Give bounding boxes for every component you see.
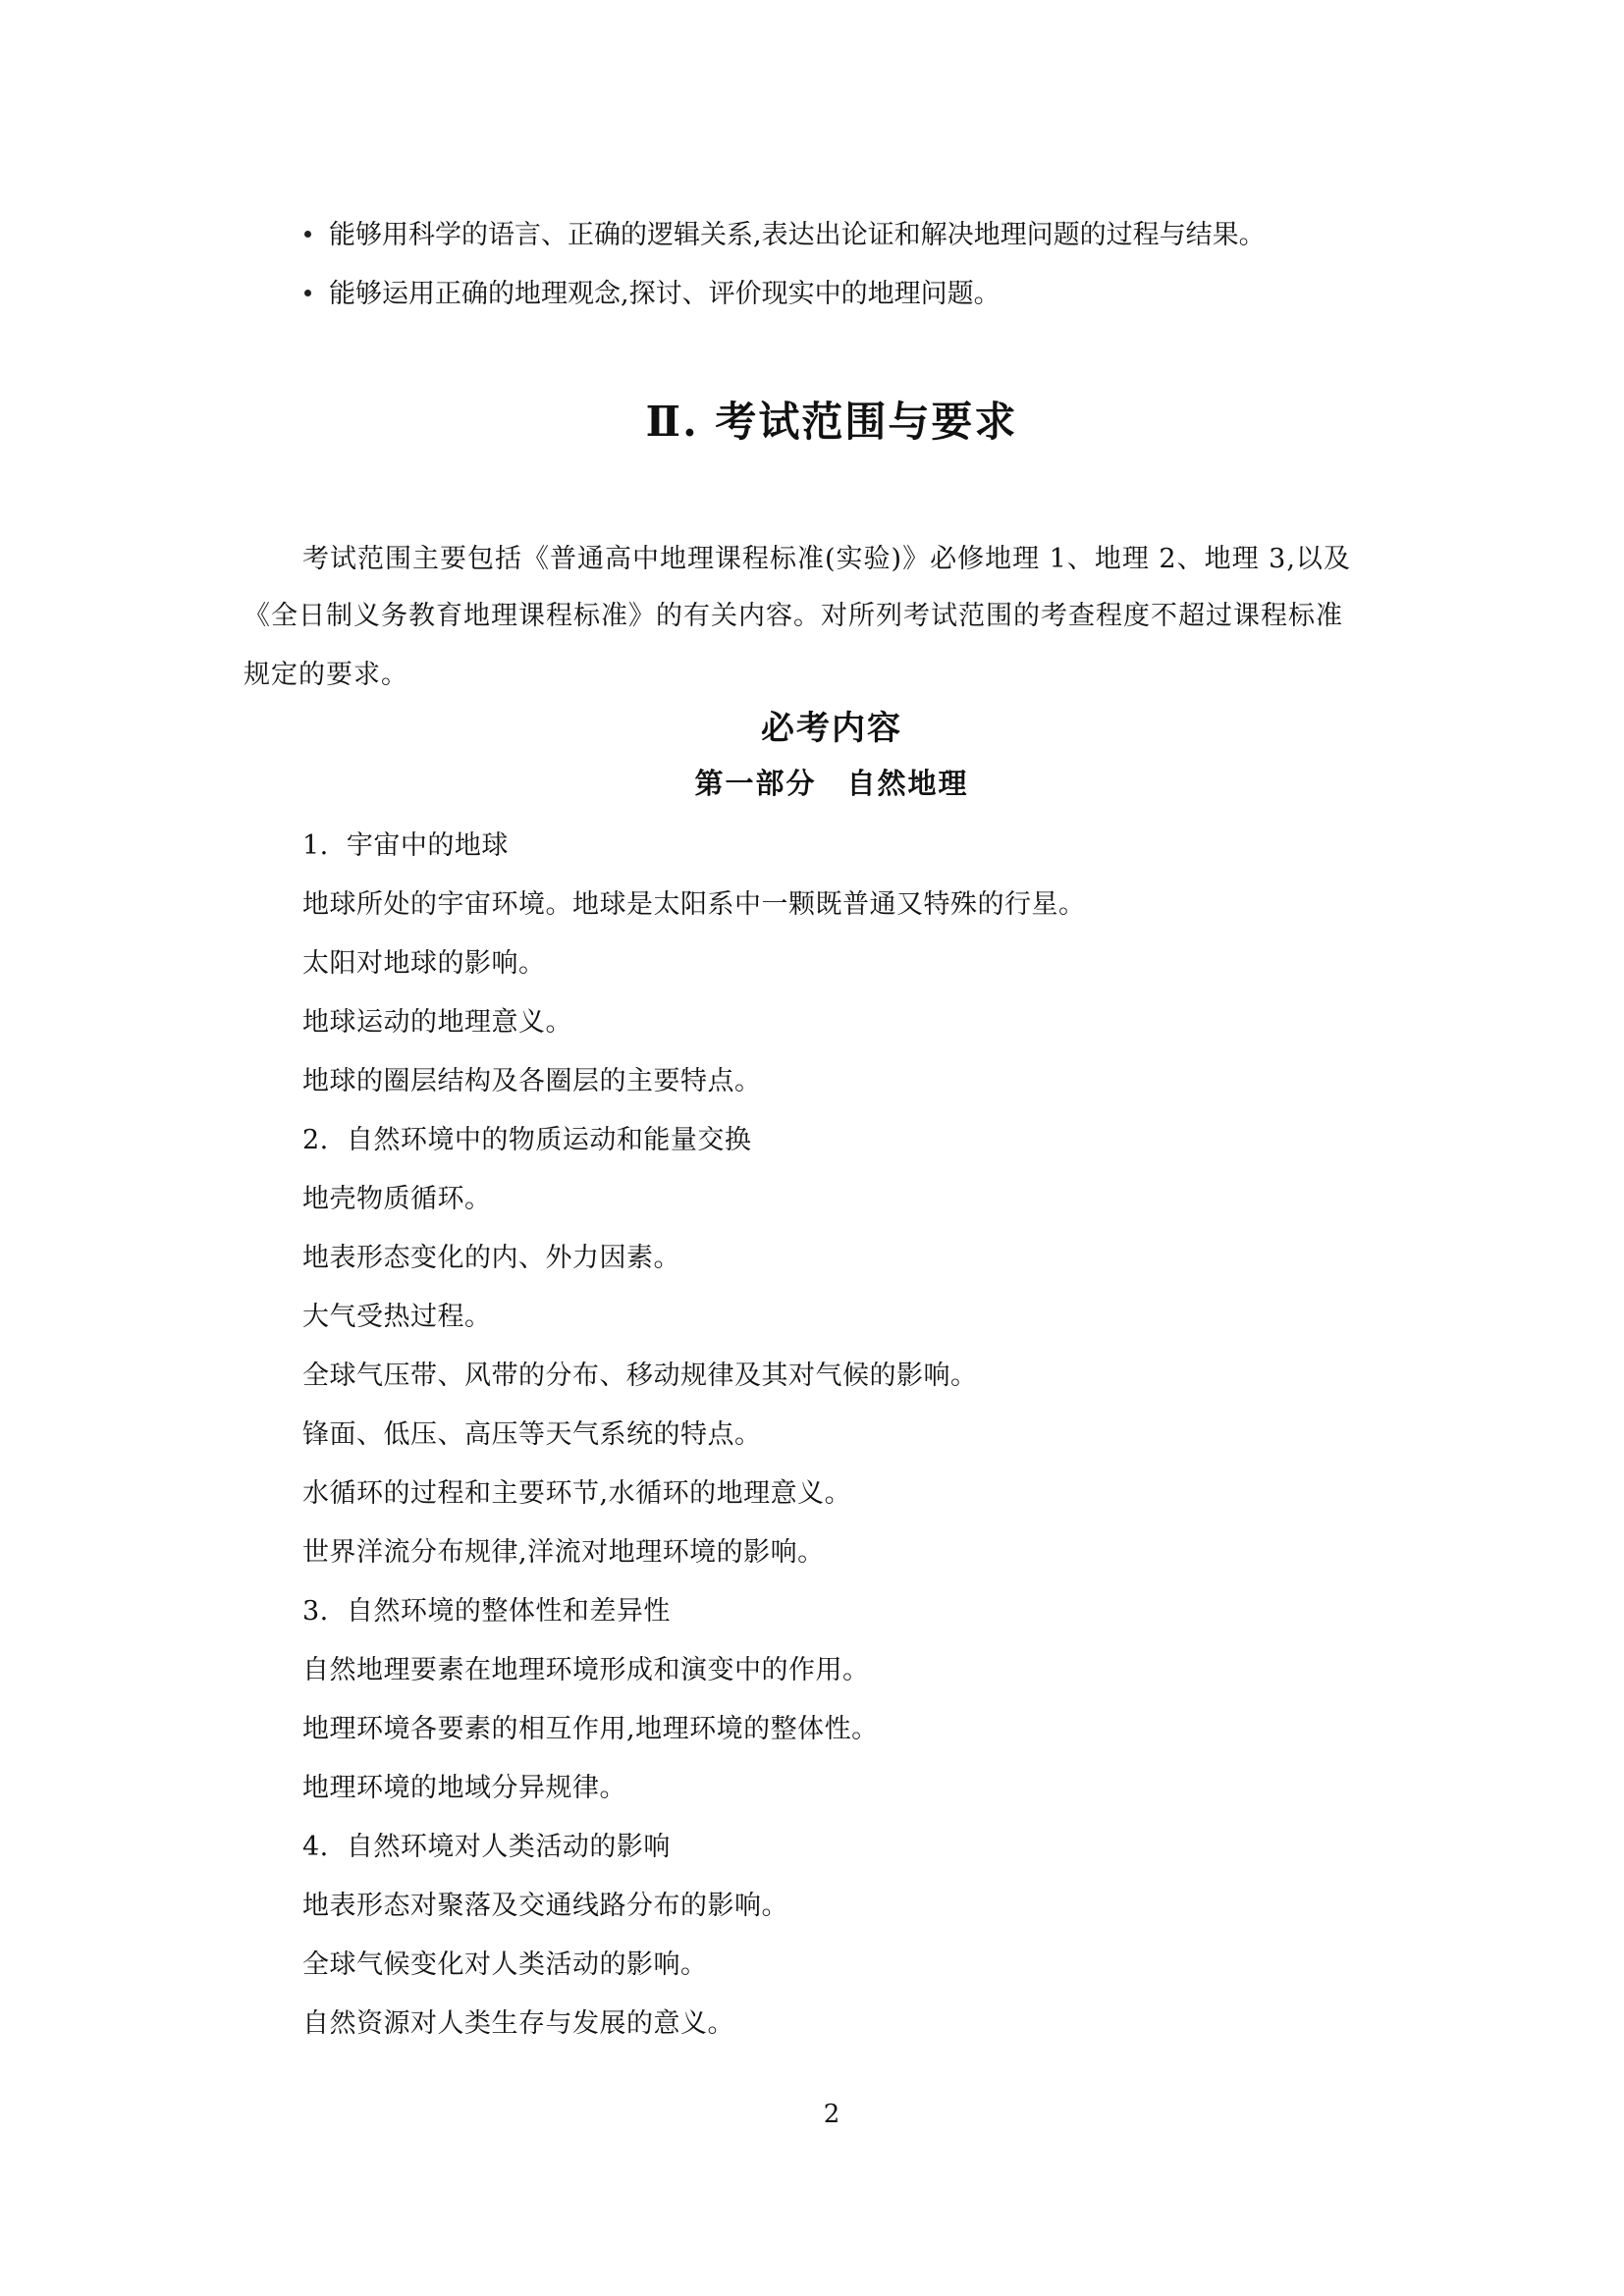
topic-heading: 2. 自然环境中的物质运动和能量交换 (302, 1123, 751, 1158)
page-number: 2 (0, 2098, 1624, 2131)
topic-item: 自然地理要素在地理环境形成和演变中的作用。 (302, 1653, 870, 1688)
bullet-item: 能够用科学的语言、正确的逻辑关系,表达出论证和解决地理问题的过程与结果。 (304, 218, 1266, 253)
intro-paragraph-line: 考试范围主要包括《普通高中地理课程标准(实验)》必修地理 1、地理 2、地理 3… (302, 542, 1351, 577)
topic-item: 自然资源对人类生存与发展的意义。 (302, 2006, 734, 2042)
topic-item: 水循环的过程和主要环节,水循环的地理意义。 (302, 1476, 851, 1512)
required-content-title: 必考内容 (0, 707, 1624, 750)
topic-item: 地球的圈层结构及各圈层的主要特点。 (302, 1064, 762, 1099)
intro-paragraph-line: 规定的要求。 (244, 658, 408, 693)
bullet-dot-icon (304, 290, 311, 296)
bullet-item: 能够运用正确的地理观念,探讨、评价现实中的地理问题。 (304, 277, 1001, 312)
bullet-dot-icon (304, 231, 311, 238)
topic-item: 大气受热过程。 (302, 1300, 492, 1335)
topic-item: 地球运动的地理意义。 (302, 1005, 572, 1041)
topic-item: 地球所处的宇宙环境。地球是太阳系中一颗既普通又特殊的行星。 (302, 887, 1086, 923)
section-title: Ⅱ. 考试范围与要求 (0, 395, 1624, 450)
topic-item: 全球气候变化对人类活动的影响。 (302, 1948, 708, 1983)
intro-paragraph-line: 《全日制义务教育地理课程标准》的有关内容。对所列考试范围的考查程度不超过课程标准 (244, 599, 1343, 634)
topic-item: 地壳物质循环。 (302, 1182, 492, 1217)
part-title: 第一部分 自然地理 (0, 764, 1624, 803)
topic-item: 地表形态对聚落及交通线路分布的影响。 (302, 1889, 788, 1924)
topic-item: 锋面、低压、高压等天气系统的特点。 (302, 1417, 762, 1453)
document-page: 能够用科学的语言、正确的逻辑关系,表达出论证和解决地理问题的过程与结果。 能够运… (0, 0, 1624, 2296)
topic-item: 太阳对地球的影响。 (302, 946, 546, 982)
topic-heading: 3. 自然环境的整体性和差异性 (302, 1594, 671, 1629)
topic-item: 世界洋流分布规律,洋流对地理环境的影响。 (302, 1535, 825, 1571)
bullet-text: 能够运用正确的地理观念,探讨、评价现实中的地理问题。 (329, 279, 1001, 309)
topic-item: 地理环境各要素的相互作用,地理环境的整体性。 (302, 1712, 879, 1747)
topic-item: 地表形态变化的内、外力因素。 (302, 1241, 680, 1276)
bullet-text: 能够用科学的语言、正确的逻辑关系,表达出论证和解决地理问题的过程与结果。 (329, 220, 1266, 250)
topic-heading: 4. 自然环境对人类活动的影响 (302, 1830, 671, 1865)
topic-item: 全球气压带、风带的分布、移动规律及其对气候的影响。 (302, 1359, 978, 1394)
topic-item: 地理环境的地域分异规律。 (302, 1771, 626, 1806)
topic-heading: 1. 宇宙中的地球 (302, 828, 509, 864)
